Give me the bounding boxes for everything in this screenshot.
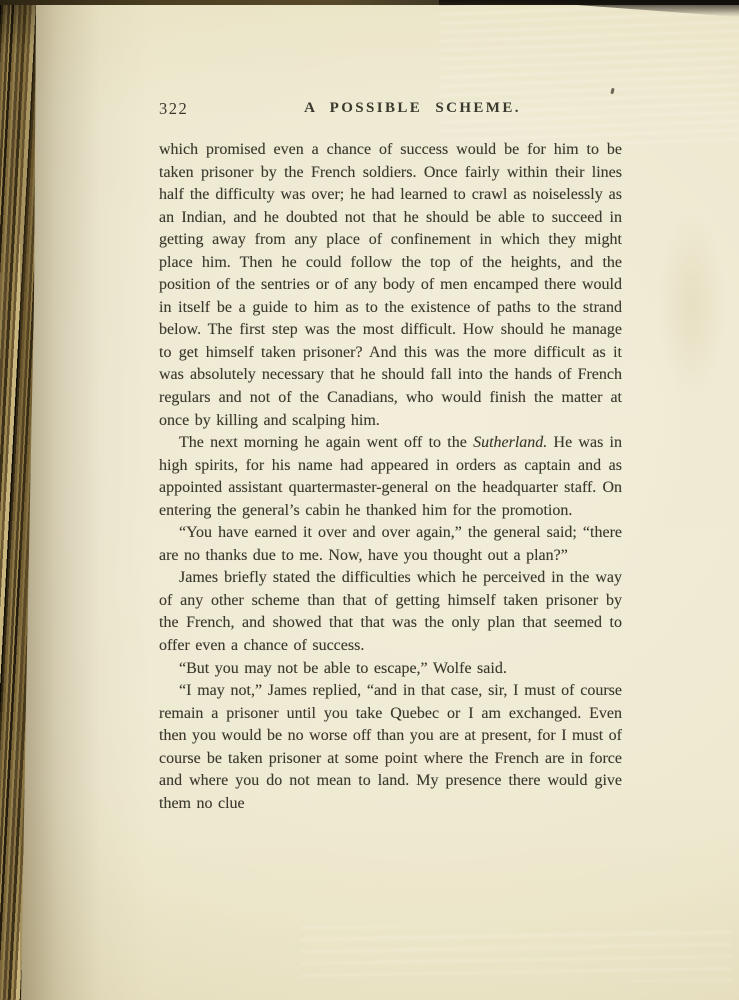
paper-stain: [657, 210, 727, 400]
text-block: which promised even a chance of success …: [159, 139, 622, 815]
paragraph: “You have earned it over and over again,…: [159, 522, 622, 567]
text-segment: “I may not,” James replied, “and in that…: [159, 682, 622, 812]
text-segment: “You have earned it over and over again,…: [159, 524, 622, 564]
paragraph: The next morning he again went off to th…: [159, 432, 622, 522]
italic-text-segment: Sutherland.: [473, 434, 547, 451]
paragraph: James briefly stated the difficulties wh…: [159, 567, 622, 657]
text-segment: The next morning he again went off to th…: [179, 434, 473, 451]
paragraph: “I may not,” James replied, “and in that…: [159, 680, 622, 815]
scanned-book-page: 322 A POSSIBLE SCHEME. which promised ev…: [0, 0, 739, 1000]
page-bottom-streaks: [301, 926, 731, 982]
text-segment: James briefly stated the difficulties wh…: [159, 569, 622, 654]
paragraph: “But you may not be able to escape,” Wol…: [159, 658, 622, 681]
text-segment: which promised even a chance of success …: [159, 141, 622, 429]
running-head: A POSSIBLE SCHEME.: [90, 100, 735, 117]
page-edge-streaks: [439, 4, 739, 144]
text-segment: “But you may not be able to escape,” Wol…: [179, 660, 507, 677]
paragraph: which promised even a chance of success …: [159, 139, 622, 432]
